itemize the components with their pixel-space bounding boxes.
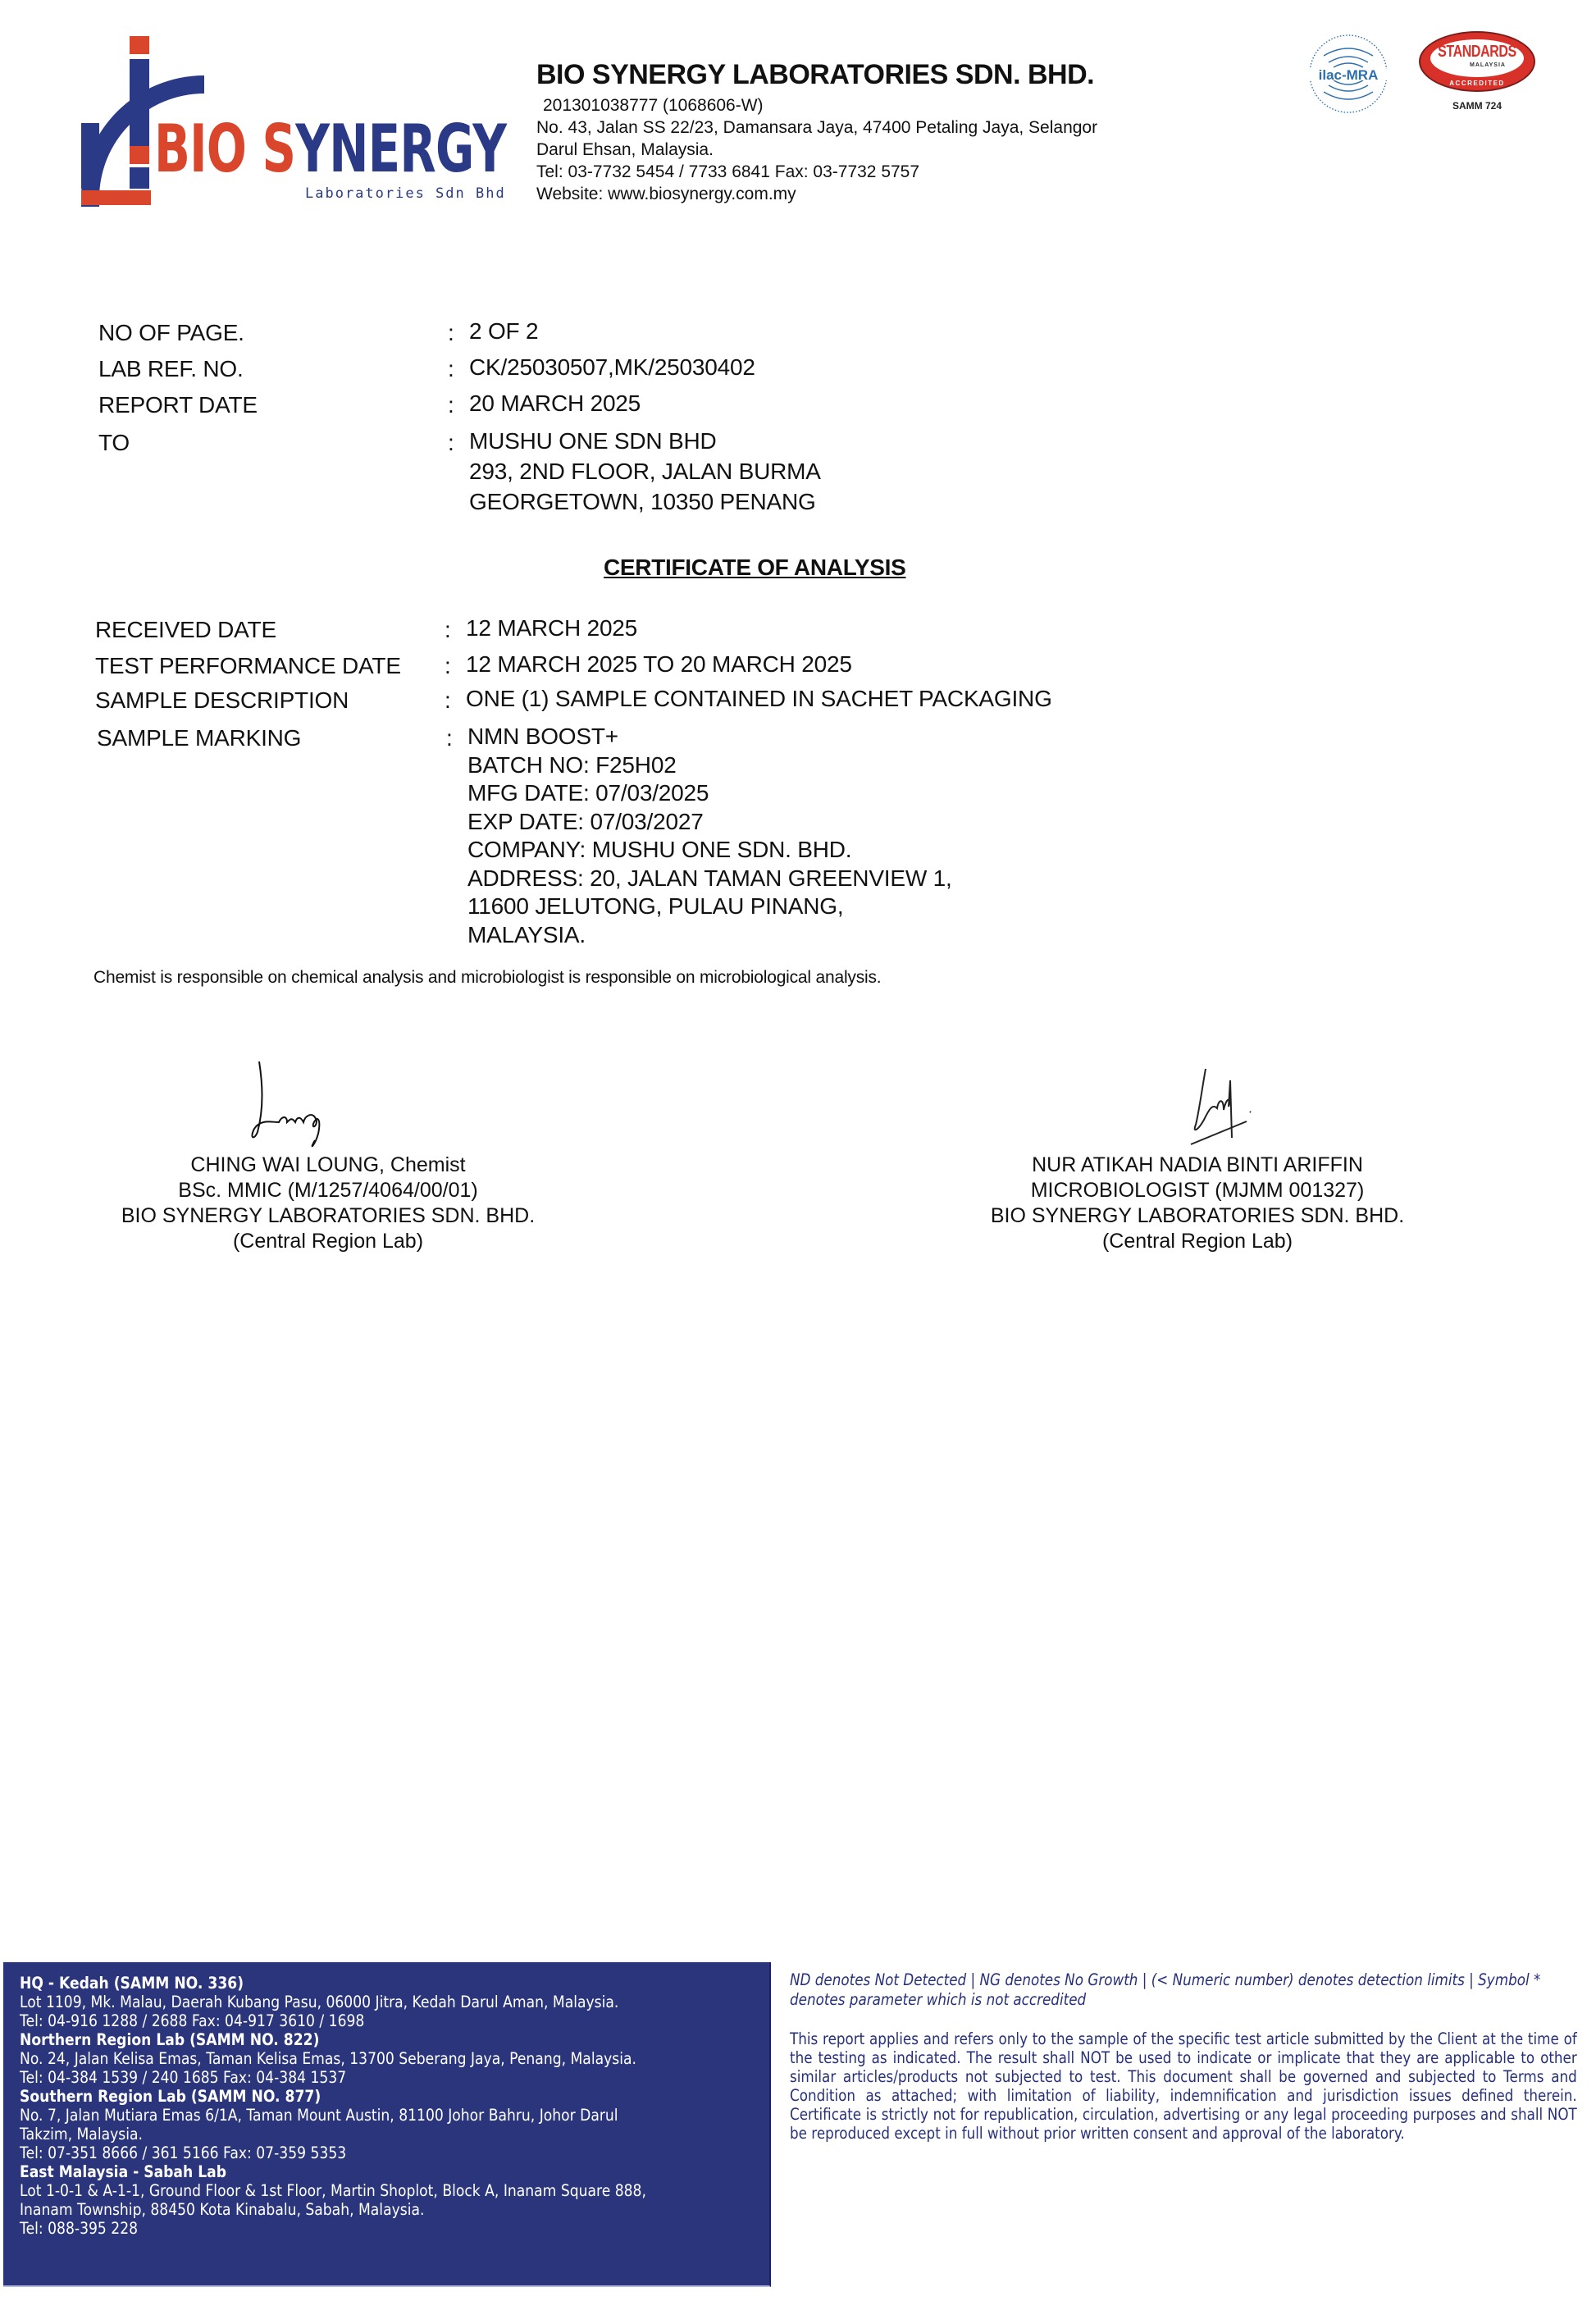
field-value: ADDRESS: 20, JALAN TAMAN GREENVIEW 1,	[467, 864, 952, 894]
field-label: TO	[98, 430, 130, 456]
field-colon: :	[448, 356, 454, 382]
responsibility-note: Chemist is responsible on chemical analy…	[93, 968, 881, 988]
logo-microscope-top-icon	[130, 36, 149, 54]
field-value: BATCH NO: F25H02	[467, 751, 677, 781]
ilac-text: ilac-MRA	[1319, 67, 1379, 83]
field-label: REPORT DATE	[98, 392, 258, 418]
field-value: MUSHU ONE SDN BHD	[469, 427, 717, 457]
certificate-title: CERTIFICATE OF ANALYSIS	[604, 555, 906, 581]
field-label: RECEIVED DATE	[95, 617, 276, 643]
footer-lab-directory: HQ - Kedah (SAMM NO. 336)Lot 1109, Mk. M…	[3, 1962, 771, 2287]
bio-synergy-logo: BIO SYNERGY Laboratories Sdn Bhd	[79, 33, 505, 205]
ilac-mra-logo: ilac-MRA	[1306, 33, 1391, 115]
field-value: 2 OF 2	[469, 317, 538, 347]
footer-notes: ND denotes Not Detected | NG denotes No …	[790, 1970, 1577, 2143]
footer-disclaimer: This report applies and refers only to t…	[790, 2029, 1577, 2143]
logo-microscope-body-icon	[81, 123, 99, 189]
lab-detail-line: Takzim, Malaysia.	[20, 2125, 679, 2143]
logo-tagline: Laboratories Sdn Bhd	[305, 185, 506, 202]
field-label: LAB REF. NO.	[98, 356, 244, 382]
lab-detail-line: No. 7, Jalan Mutiara Emas 6/1A, Taman Mo…	[20, 2106, 679, 2125]
standards-accredited: ACCREDITED	[1419, 80, 1535, 87]
company-address-line: No. 43, Jalan SS 22/23, Damansara Jaya, …	[536, 116, 1097, 139]
microbiologist-credential: MICROBIOLOGIST (MJMM 001327)	[968, 1178, 1427, 1203]
field-label: SAMPLE DESCRIPTION	[95, 687, 349, 714]
field-value: GEORGETOWN, 10350 PENANG	[469, 487, 816, 518]
field-value: EXP DATE: 07/03/2027	[467, 807, 704, 838]
company-contact: Tel: 03-7732 5454 / 7733 6841 Fax: 03-77…	[536, 161, 1097, 183]
chemist-lab: (Central Region Lab)	[90, 1229, 566, 1254]
standards-text: STANDARDS	[1430, 43, 1524, 62]
field-value: 12 MARCH 2025 TO 20 MARCH 2025	[466, 650, 852, 680]
company-website[interactable]: Website: www.biosynergy.com.my	[536, 183, 1097, 205]
field-value: NMN BOOST+	[467, 722, 618, 752]
field-value: 293, 2ND FLOOR, JALAN BURMA	[469, 457, 821, 487]
microbiologist-company: BIO SYNERGY LABORATORIES SDN. BHD.	[968, 1203, 1427, 1229]
standards-country: MALAYSIA	[1419, 62, 1535, 68]
field-colon: :	[448, 320, 454, 346]
lab-detail-line: Tel: 04-916 1288 / 2688 Fax: 04-917 3610…	[20, 2011, 679, 2030]
chemist-company: BIO SYNERGY LABORATORIES SDN. BHD.	[90, 1203, 566, 1229]
field-colon: :	[445, 687, 451, 714]
chemist-name: CHING WAI LOUNG, Chemist	[90, 1153, 566, 1178]
logo-wordmark: BIO SYNERGY	[154, 116, 506, 182]
company-info: BIO SYNERGY LABORATORIES SDN. BHD. 20130…	[536, 59, 1097, 205]
lab-detail-line: Inanam Township, 88450 Kota Kinabalu, Sa…	[20, 2200, 679, 2219]
chemist-credential: BSc. MMIC (M/1257/4064/00/01)	[90, 1178, 566, 1203]
chemist-signature-icon	[246, 1058, 361, 1157]
microbiologist-lab: (Central Region Lab)	[968, 1229, 1427, 1254]
lab-name: HQ - Kedah (SAMM NO. 336)	[20, 1974, 679, 1993]
lab-detail-line: Lot 1109, Mk. Malau, Daerah Kubang Pasu,…	[20, 1993, 679, 2011]
lab-detail-line: Tel: 088-395 228	[20, 2219, 679, 2238]
lab-detail-line: Tel: 07-351 8666 / 361 5166 Fax: 07-359 …	[20, 2143, 679, 2162]
field-label: SAMPLE MARKING	[97, 725, 301, 751]
lab-name: Northern Region Lab (SAMM NO. 822)	[20, 2030, 679, 2049]
samm-number: SAMM 724	[1419, 100, 1535, 112]
field-value: MFG DATE: 07/03/2025	[467, 778, 709, 809]
field-value: 20 MARCH 2025	[469, 389, 641, 419]
field-value: CK/25030507,MK/25030402	[469, 353, 755, 383]
lab-detail-line: Tel: 04-384 1539 / 240 1685 Fax: 04-384 …	[20, 2068, 679, 2087]
logo-word-blue: YNERGY	[295, 111, 506, 187]
microbiologist-name: NUR ATIKAH NADIA BINTI ARIFFIN	[968, 1153, 1427, 1178]
field-value: ONE (1) SAMPLE CONTAINED IN SACHET PACKA…	[466, 684, 1052, 714]
field-label: NO OF PAGE.	[98, 320, 244, 346]
field-value: 11600 JELUTONG, PULAU PINANG,	[467, 892, 843, 922]
field-colon: :	[448, 430, 454, 456]
field-label: TEST PERFORMANCE DATE	[95, 653, 401, 679]
microbiologist-signatory: NUR ATIKAH NADIA BINTI ARIFFIN MICROBIOL…	[968, 1153, 1427, 1254]
logo-microscope-base-icon	[81, 190, 151, 205]
footer-legend: ND denotes Not Detected | NG denotes No …	[790, 1970, 1577, 2010]
field-colon: :	[445, 617, 451, 643]
lab-name: Southern Region Lab (SAMM NO. 877)	[20, 2087, 679, 2106]
lab-detail-line: No. 24, Jalan Kelisa Emas, Taman Kelisa …	[20, 2049, 679, 2068]
company-name: BIO SYNERGY LABORATORIES SDN. BHD.	[536, 59, 1097, 91]
ilac-mra-icon: ilac-MRA	[1306, 33, 1391, 115]
logo-word-red: BIO S	[154, 111, 295, 187]
company-address-line: Darul Ehsan, Malaysia.	[536, 139, 1097, 161]
field-value: MALAYSIA.	[467, 920, 586, 951]
lab-detail-line: Lot 1-0-1 & A-1-1, Ground Floor & 1st Fl…	[20, 2181, 679, 2200]
field-colon: :	[445, 653, 451, 679]
chemist-signatory: CHING WAI LOUNG, Chemist BSc. MMIC (M/12…	[90, 1153, 566, 1254]
lab-name: East Malaysia - Sabah Lab	[20, 2162, 679, 2181]
microbiologist-signature-icon	[1181, 1062, 1271, 1153]
field-colon: :	[448, 392, 454, 418]
company-registration: 201301038777 (1068606-W)	[543, 94, 1097, 116]
field-colon: :	[446, 725, 453, 751]
field-value: 12 MARCH 2025	[466, 614, 637, 644]
standards-malaysia-logo: STANDARDS MALAYSIA ACCREDITED SAMM 724	[1419, 31, 1540, 120]
field-value: COMPANY: MUSHU ONE SDN. BHD.	[467, 835, 851, 865]
